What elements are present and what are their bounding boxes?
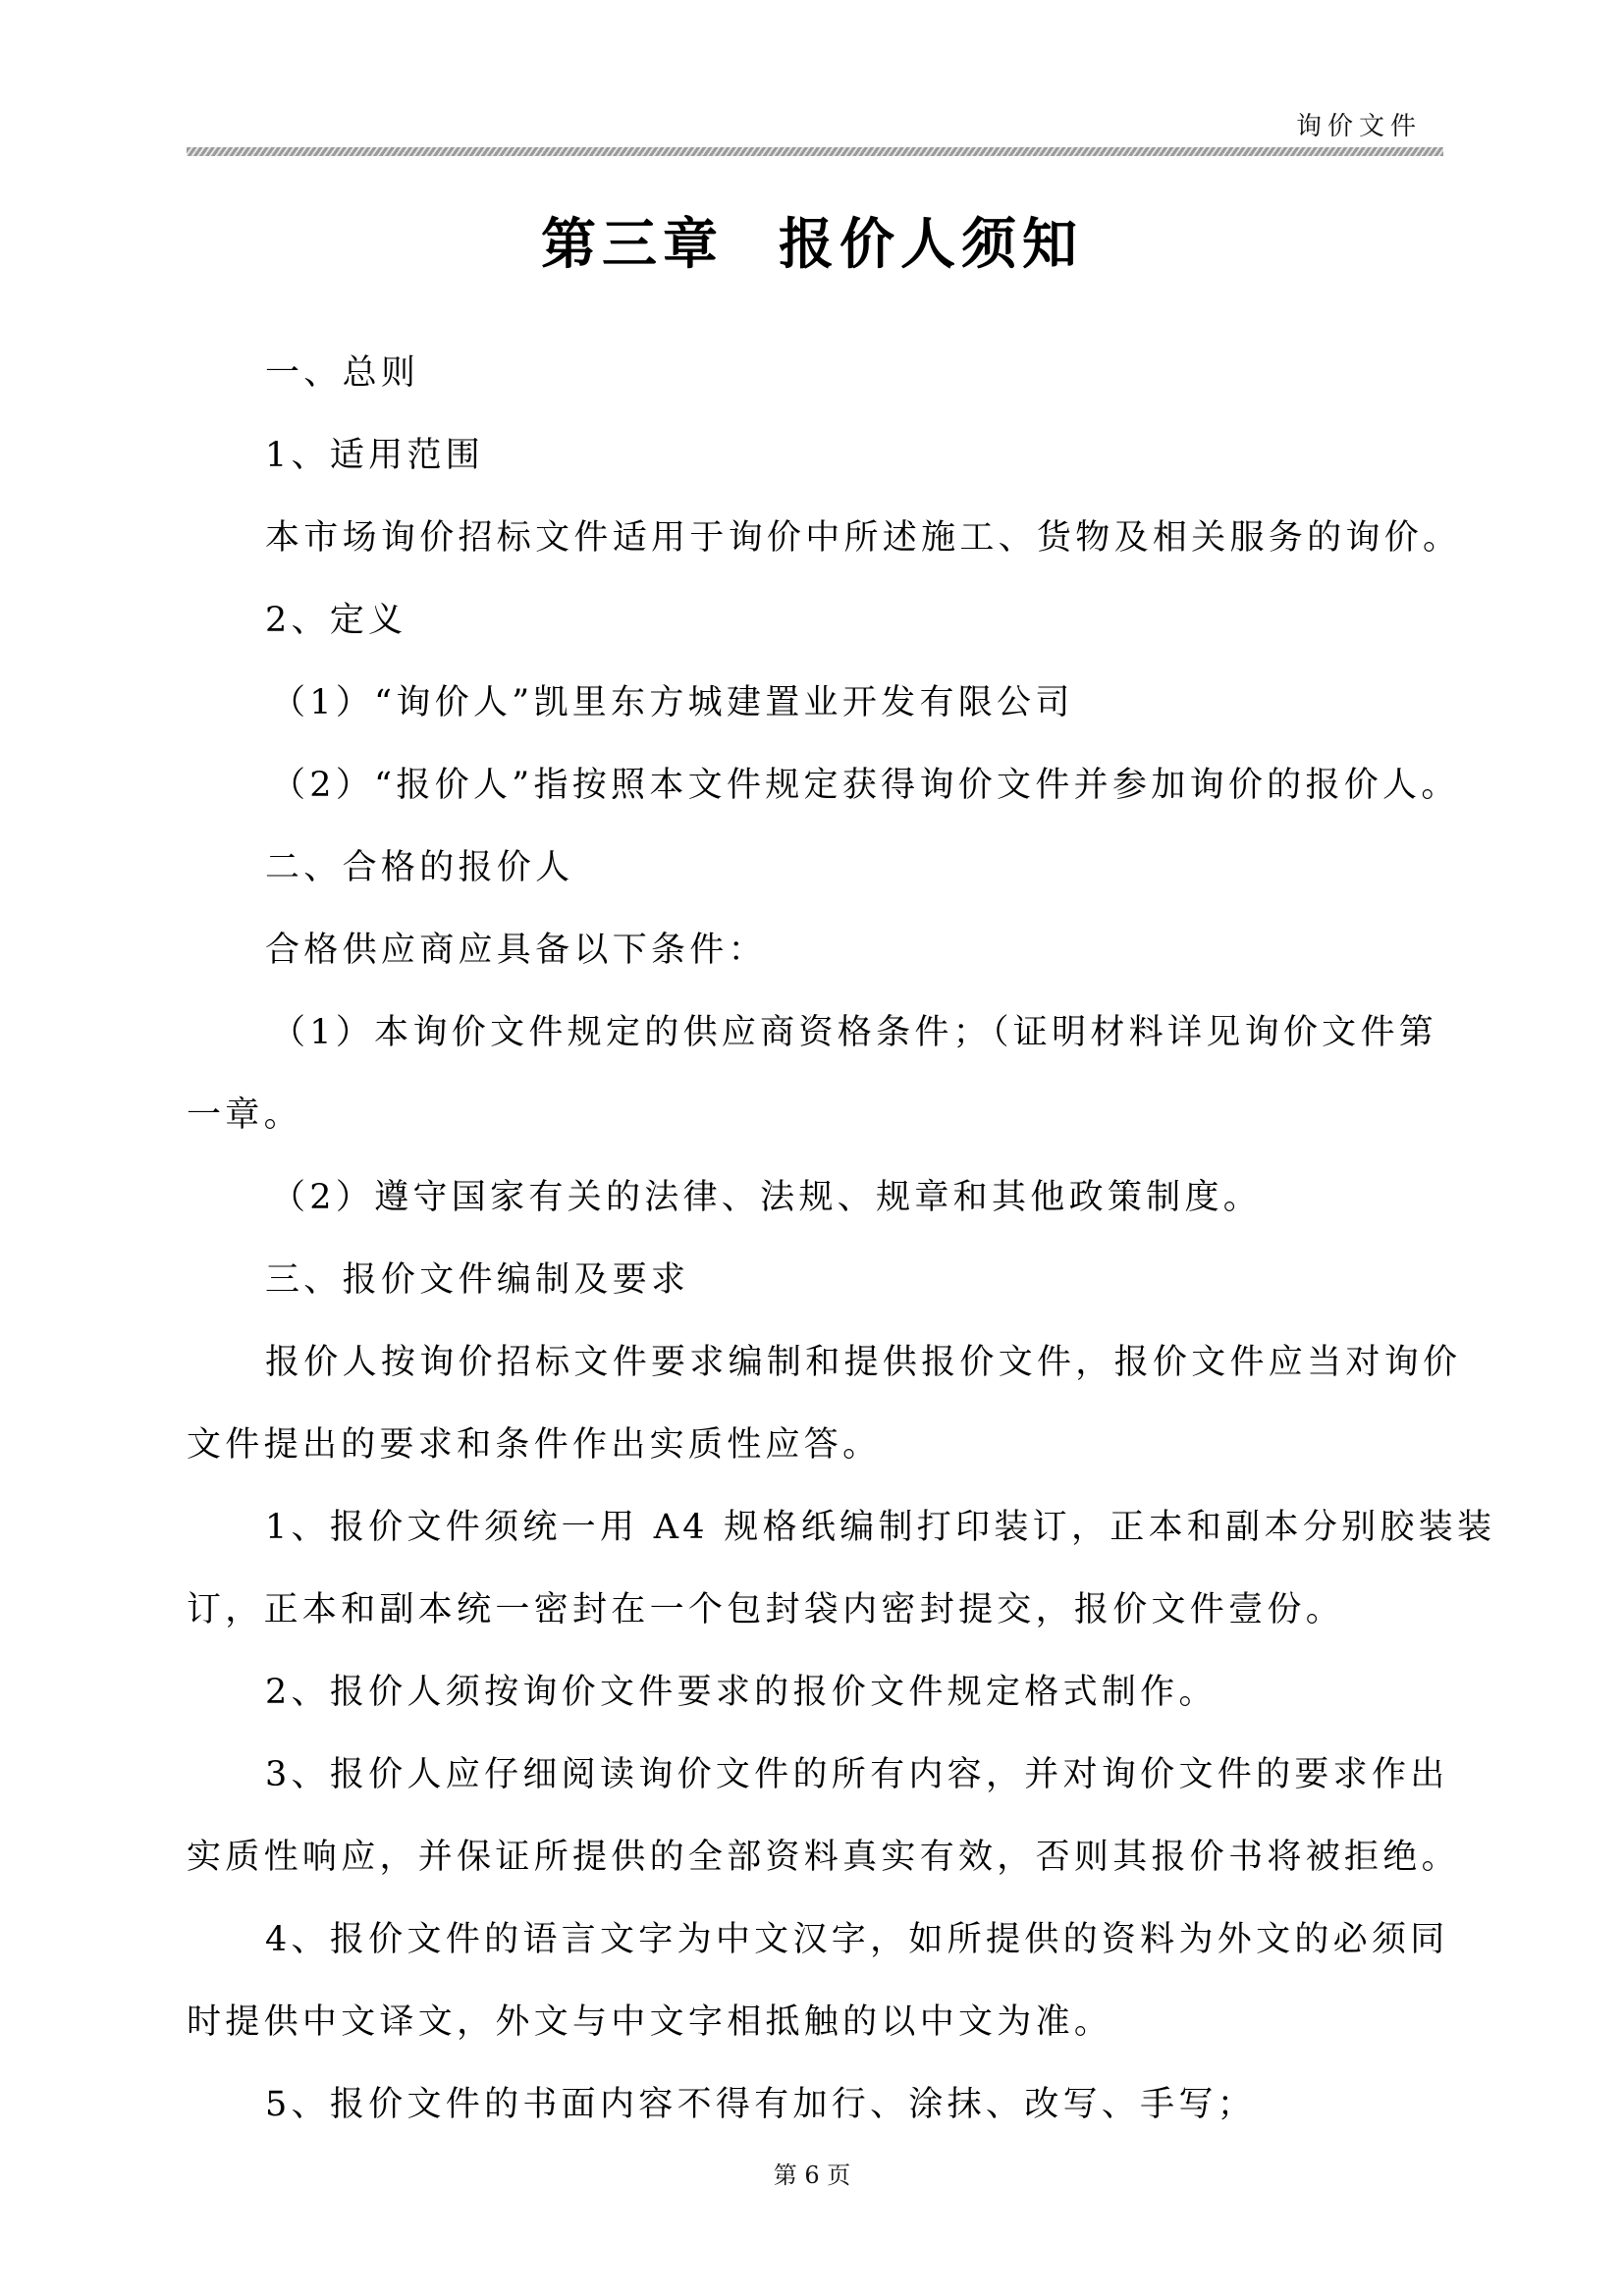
document-body: 一、总则 1、适用范围 本市场询价招标文件适用于询价中所述施工、货物及相关服务的…	[187, 332, 1445, 2146]
subheading-scope: 1、适用范围	[187, 414, 1445, 497]
subheading-definition: 2、定义	[187, 579, 1445, 662]
page-number: 第 6 页	[0, 2156, 1624, 2190]
section-heading-general: 一、总则	[187, 332, 1445, 414]
paragraph-scope: 本市场询价招标文件适用于询价中所述施工、货物及相关服务的询价。	[187, 497, 1445, 579]
definition-inquirer: （1）“询价人”凯里东方城建置业开发有限公司	[187, 662, 1445, 744]
requirement-3-line-1: 3、报价人应仔细阅读询价文件的所有内容，并对询价文件的要求作出	[187, 1734, 1445, 1816]
section-heading-bid-preparation: 三、报价文件编制及要求	[187, 1239, 1445, 1321]
paragraph-conditions-intro: 合格供应商应具备以下条件：	[187, 909, 1445, 991]
paragraph-preparation-line-2: 文件提出的要求和条件作出实质性应答。	[187, 1404, 1445, 1486]
requirement-1-line-1: 1、报价文件须统一用 A4 规格纸编制打印装订，正本和副本分别胶装装	[187, 1486, 1445, 1569]
header-title: 询价文件	[1296, 106, 1422, 142]
definition-bidder: （2）“报价人”指按照本文件规定获得询价文件并参加询价的报价人。	[187, 744, 1445, 827]
requirement-4-line-1: 4、报价文件的语言文字为中文汉字，如所提供的资料为外文的必须同	[187, 1898, 1445, 1981]
section-heading-qualified-bidder: 二、合格的报价人	[187, 827, 1445, 909]
condition-1-line-1: （1）本询价文件规定的供应商资格条件；（证明材料详见询价文件第	[187, 991, 1445, 1074]
requirement-1-line-2: 订，正本和副本统一密封在一个包封袋内密封提交，报价文件壹份。	[187, 1569, 1445, 1651]
condition-2: （2）遵守国家有关的法律、法规、规章和其他政策制度。	[187, 1156, 1445, 1239]
requirement-3-line-2: 实质性响应，并保证所提供的全部资料真实有效，否则其报价书将被拒绝。	[187, 1816, 1445, 1898]
chapter-number: 第三章	[541, 212, 724, 277]
requirement-2: 2、报价人须按询价文件要求的报价文件规定格式制作。	[187, 1651, 1445, 1734]
requirement-5: 5、报价文件的书面内容不得有加行、涂抹、改写、手写；	[187, 2063, 1445, 2146]
paragraph-preparation-line-1: 报价人按询价招标文件要求编制和提供报价文件，报价文件应当对询价	[187, 1321, 1445, 1404]
chapter-title: 第三章报价人须知	[0, 201, 1624, 280]
chapter-name: 报价人须知	[779, 212, 1083, 277]
condition-1-line-2: 一章。	[187, 1074, 1445, 1156]
header-rule-divider	[187, 147, 1443, 156]
requirement-4-line-2: 时提供中文译文，外文与中文字相抵触的以中文为准。	[187, 1981, 1445, 2063]
